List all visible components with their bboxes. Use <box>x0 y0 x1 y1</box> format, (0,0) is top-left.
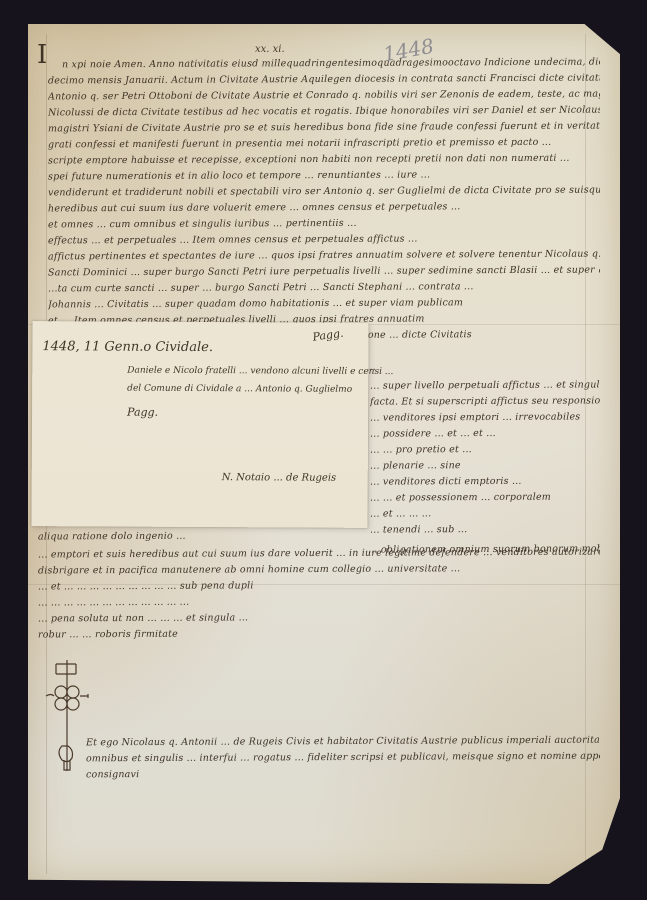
text-line: robur ... ... roboris firmitate <box>38 627 600 646</box>
text-line-right: ... venditores dicti emptoris ... <box>370 475 600 492</box>
text-line-right: ... ... pro pretio et ... <box>370 443 600 460</box>
text-line: aliqua ratione dolo ingenio ... <box>38 529 600 548</box>
text-line-right: ... super livello perpetuali affictus ..… <box>370 379 600 396</box>
decorated-initial: I <box>37 40 47 70</box>
slip-signature: N. Notaio ... de Rugeis <box>222 472 337 484</box>
text-line-right: ... et ... ... ... <box>370 507 600 524</box>
text-line-right: ... ... et possessionem ... corporalem <box>370 491 600 508</box>
text-line-right: ... possidere ... et ... et ... <box>370 427 600 444</box>
text-line-right: facta. Et si superscripti affictus seu r… <box>370 395 600 412</box>
subscription-line: consignavi <box>86 767 600 786</box>
slip-heading: 1448, 11 Genn.o Cividale. <box>42 339 213 355</box>
text-line-right: ... plenarie ... sine <box>370 459 600 476</box>
folio-mark: xx. xi. <box>255 44 285 55</box>
slip-line: Pagg. <box>127 406 158 419</box>
slip-line: Daniele e Nicolo fratelli ... vendono al… <box>127 366 393 377</box>
archival-note-slip: 1448, 11 Genn.o Cividale. Pagg. Daniele … <box>31 321 368 528</box>
slip-side-note: Pagg. <box>312 327 345 344</box>
slip-line: del Comune di Cividale a ... Antonio q. … <box>127 384 352 395</box>
notary-signum-icon <box>42 656 92 776</box>
text-line-right: ... venditores ipsi emptori ... irrevoca… <box>370 411 600 428</box>
